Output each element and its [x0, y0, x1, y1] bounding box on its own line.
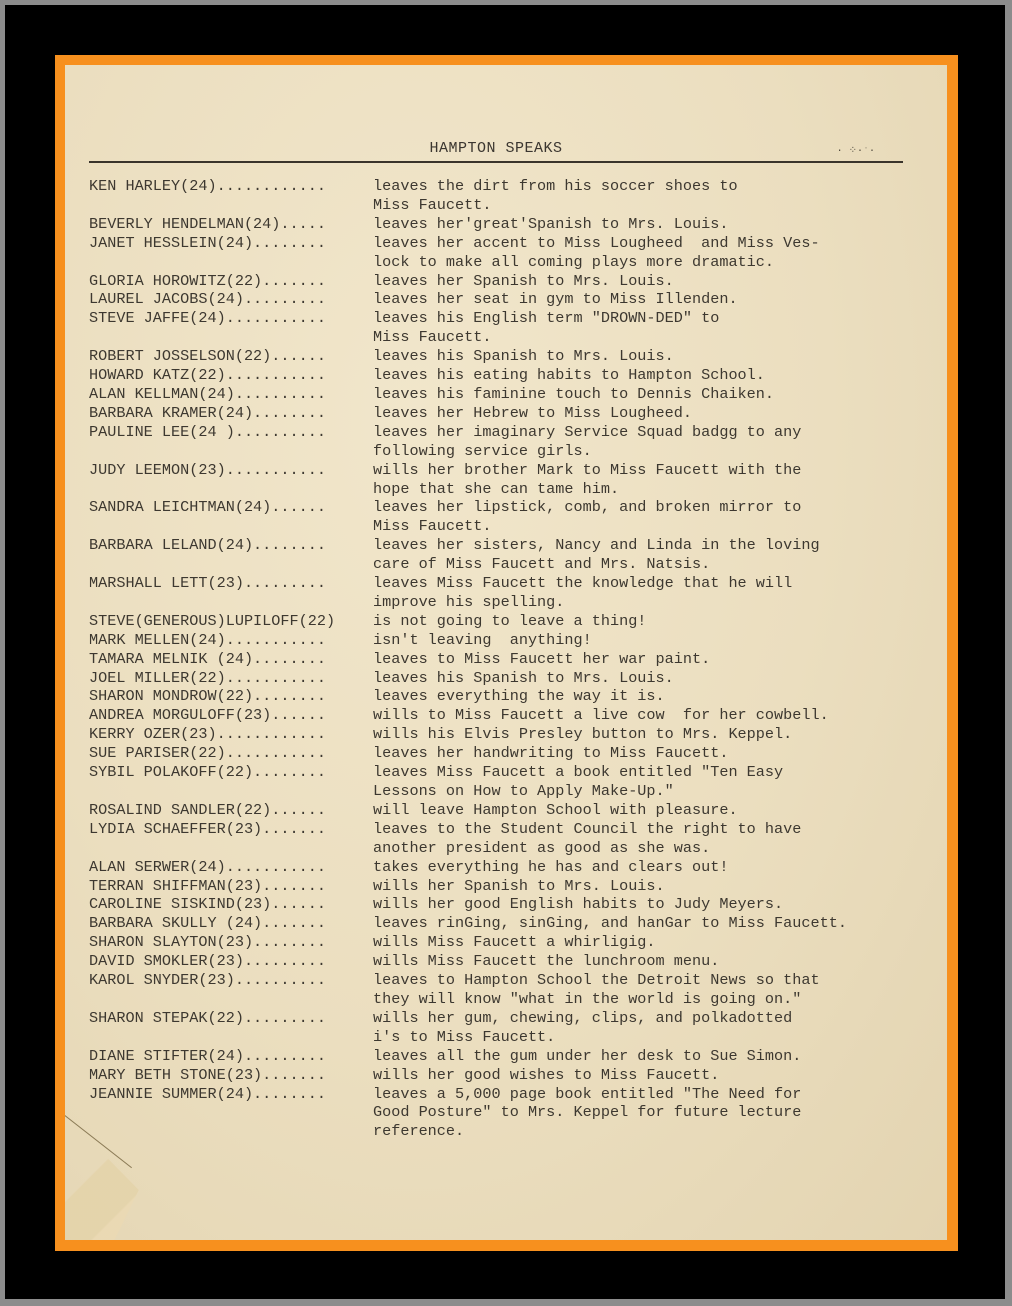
student-name: MARSHALL LETT(23).........: [89, 574, 373, 612]
student-name: DAVID SMOKLER(23).........: [89, 952, 373, 971]
list-item: JANET HESSLEIN(24)........ leaves her ac…: [89, 234, 939, 272]
list-item: DIANE STIFTER(24)......... leaves all th…: [89, 1047, 939, 1066]
list-item: KERRY OZER(23)............ wills his Elv…: [89, 725, 939, 744]
student-name: JANET HESSLEIN(24)........: [89, 234, 373, 272]
list-item: KAROL SNYDER(23).......... leaves to Ham…: [89, 971, 939, 1009]
list-item: PAULINE LEE(24 ).......... leaves her im…: [89, 423, 939, 461]
list-item: TAMARA MELNIK (24)........ leaves to Mis…: [89, 650, 939, 669]
bequest-text: leaves her'great'Spanish to Mrs. Louis.: [373, 215, 939, 234]
document-page: HAMPTON SPEAKS · ⁘·ˑ· KEN HARLEY(24)....…: [65, 65, 947, 1240]
list-item: JEANNIE SUMMER(24)........ leaves a 5,00…: [89, 1085, 939, 1142]
will-entries-list: KEN HARLEY(24)............ leaves the di…: [89, 177, 939, 1141]
bequest-text: leaves her seat in gym to Miss Illenden.: [373, 290, 939, 309]
list-item: HOWARD KATZ(22)........... leaves his ea…: [89, 366, 939, 385]
bequest-text: leaves to Hampton School the Detroit New…: [373, 971, 939, 1009]
student-name: BARBARA SKULLY (24).......: [89, 914, 373, 933]
list-item: SHARON STEPAK(22)......... wills her gum…: [89, 1009, 939, 1047]
list-item: ROSALIND SANDLER(22)...... will leave Ha…: [89, 801, 939, 820]
student-name: ALAN KELLMAN(24)..........: [89, 385, 373, 404]
bequest-text: wills Miss Faucett a whirligig.: [373, 933, 939, 952]
bequest-text: leaves his eating habits to Hampton Scho…: [373, 366, 939, 385]
student-name: SHARON STEPAK(22).........: [89, 1009, 373, 1047]
student-name: KEN HARLEY(24)............: [89, 177, 373, 215]
student-name: TAMARA MELNIK (24)........: [89, 650, 373, 669]
student-name: STEVE(GENEROUS)LUPILOFF(22): [89, 612, 373, 631]
bequest-text: wills her brother Mark to Miss Faucett w…: [373, 461, 939, 499]
list-item: SANDRA LEICHTMAN(24)...... leaves her li…: [89, 498, 939, 536]
list-item: JOEL MILLER(22)........... leaves his Sp…: [89, 669, 939, 688]
student-name: HOWARD KATZ(22)...........: [89, 366, 373, 385]
bequest-text: will leave Hampton School with pleasure.: [373, 801, 939, 820]
bequest-text: leaves her imaginary Service Squad badgg…: [373, 423, 939, 461]
list-item: ALAN KELLMAN(24).......... leaves his fa…: [89, 385, 939, 404]
bequest-text: is not going to leave a thing!: [373, 612, 939, 631]
list-item: MARY BETH STONE(23)....... wills her goo…: [89, 1066, 939, 1085]
ink-smudge: · ⁘·ˑ·: [837, 145, 875, 157]
list-item: JUDY LEEMON(23)........... wills her bro…: [89, 461, 939, 499]
list-item: STEVE JAFFE(24)........... leaves his En…: [89, 309, 939, 347]
list-item: STEVE(GENEROUS)LUPILOFF(22) is not going…: [89, 612, 939, 631]
bequest-text: leaves her accent to Miss Lougheed and M…: [373, 234, 939, 272]
student-name: ROSALIND SANDLER(22)......: [89, 801, 373, 820]
student-name: JOEL MILLER(22)...........: [89, 669, 373, 688]
student-name: TERRAN SHIFFMAN(23).......: [89, 877, 373, 896]
list-item: SYBIL POLAKOFF(22)........ leaves Miss F…: [89, 763, 939, 801]
bequest-text: leaves her lipstick, comb, and broken mi…: [373, 498, 939, 536]
student-name: DIANE STIFTER(24).........: [89, 1047, 373, 1066]
list-item: GLORIA HOROWITZ(22)....... leaves her Sp…: [89, 272, 939, 291]
bequest-text: leaves to Miss Faucett her war paint.: [373, 650, 939, 669]
bequest-text: leaves the dirt from his soccer shoes to…: [373, 177, 939, 215]
list-item: ANDREA MORGULOFF(23)...... wills to Miss…: [89, 706, 939, 725]
list-item: TERRAN SHIFFMAN(23)....... wills her Spa…: [89, 877, 939, 896]
bequest-text: leaves her sisters, Nancy and Linda in t…: [373, 536, 939, 574]
student-name: SANDRA LEICHTMAN(24)......: [89, 498, 373, 536]
bequest-text: wills his Elvis Presley button to Mrs. K…: [373, 725, 939, 744]
list-item: BARBARA KRAMER(24)........ leaves her He…: [89, 404, 939, 423]
list-item: MARSHALL LETT(23)......... leaves Miss F…: [89, 574, 939, 612]
list-item: BARBARA LELAND(24)........ leaves her si…: [89, 536, 939, 574]
list-item: SHARON SLAYTON(23)........ wills Miss Fa…: [89, 933, 939, 952]
student-name: SHARON SLAYTON(23)........: [89, 933, 373, 952]
list-item: KEN HARLEY(24)............ leaves the di…: [89, 177, 939, 215]
bequest-text: leaves her Hebrew to Miss Lougheed.: [373, 404, 939, 423]
student-name: MARK MELLEN(24)...........: [89, 631, 373, 650]
bequest-text: wills her Spanish to Mrs. Louis.: [373, 877, 939, 896]
list-item: DAVID SMOKLER(23)......... wills Miss Fa…: [89, 952, 939, 971]
student-name: BARBARA LELAND(24)........: [89, 536, 373, 574]
student-name: GLORIA HOROWITZ(22).......: [89, 272, 373, 291]
bequest-text: wills her gum, chewing, clips, and polka…: [373, 1009, 939, 1047]
bequest-text: wills her good English habits to Judy Me…: [373, 895, 939, 914]
list-item: LAUREL JACOBS(24)......... leaves her se…: [89, 290, 939, 309]
page-title: HAMPTON SPEAKS: [89, 140, 903, 157]
bequest-text: leaves his faminine touch to Dennis Chai…: [373, 385, 939, 404]
bequest-text: leaves all the gum under her desk to Sue…: [373, 1047, 939, 1066]
list-item: MARK MELLEN(24)........... isn't leaving…: [89, 631, 939, 650]
student-name: SUE PARISER(22)...........: [89, 744, 373, 763]
student-name: ROBERT JOSSELSON(22)......: [89, 347, 373, 366]
student-name: SYBIL POLAKOFF(22)........: [89, 763, 373, 801]
bequest-text: leaves Miss Faucett a book entitled "Ten…: [373, 763, 939, 801]
list-item: BEVERLY HENDELMAN(24)..... leaves her'gr…: [89, 215, 939, 234]
page-header: HAMPTON SPEAKS · ⁘·ˑ·: [89, 139, 903, 163]
student-name: JUDY LEEMON(23)...........: [89, 461, 373, 499]
student-name: LAUREL JACOBS(24).........: [89, 290, 373, 309]
list-item: ROBERT JOSSELSON(22)...... leaves his Sp…: [89, 347, 939, 366]
student-name: MARY BETH STONE(23).......: [89, 1066, 373, 1085]
bequest-text: leaves rinGing, sinGing, and hanGar to M…: [373, 914, 939, 933]
list-item: BARBARA SKULLY (24)....... leaves rinGin…: [89, 914, 939, 933]
bequest-text: isn't leaving anything!: [373, 631, 939, 650]
student-name: JEANNIE SUMMER(24)........: [89, 1085, 373, 1142]
bequest-text: leaves her Spanish to Mrs. Louis.: [373, 272, 939, 291]
bequest-text: leaves Miss Faucett the knowledge that h…: [373, 574, 939, 612]
bequest-text: leaves his Spanish to Mrs. Louis.: [373, 347, 939, 366]
bequest-text: wills to Miss Faucett a live cow for her…: [373, 706, 939, 725]
bequest-text: leaves her handwriting to Miss Faucett.: [373, 744, 939, 763]
list-item: CAROLINE SISKIND(23)...... wills her goo…: [89, 895, 939, 914]
student-name: LYDIA SCHAEFFER(23).......: [89, 820, 373, 858]
bequest-text: leaves his Spanish to Mrs. Louis.: [373, 669, 939, 688]
bequest-text: leaves his English term "DROWN-DED" to M…: [373, 309, 939, 347]
list-item: ALAN SERWER(24)........... takes everyth…: [89, 858, 939, 877]
student-name: PAULINE LEE(24 )..........: [89, 423, 373, 461]
bequest-text: wills her good wishes to Miss Faucett.: [373, 1066, 939, 1085]
student-name: ANDREA MORGULOFF(23)......: [89, 706, 373, 725]
bequest-text: wills Miss Faucett the lunchroom menu.: [373, 952, 939, 971]
student-name: KERRY OZER(23)............: [89, 725, 373, 744]
list-item: LYDIA SCHAEFFER(23)....... leaves to the…: [89, 820, 939, 858]
bequest-text: leaves everything the way it is.: [373, 687, 939, 706]
list-item: SUE PARISER(22)........... leaves her ha…: [89, 744, 939, 763]
bequest-text: leaves to the Student Council the right …: [373, 820, 939, 858]
list-item: SHARON MONDROW(22)........ leaves everyt…: [89, 687, 939, 706]
bequest-text: takes everything he has and clears out!: [373, 858, 939, 877]
student-name: STEVE JAFFE(24)...........: [89, 309, 373, 347]
student-name: CAROLINE SISKIND(23)......: [89, 895, 373, 914]
student-name: KAROL SNYDER(23)..........: [89, 971, 373, 1009]
bequest-text: leaves a 5,000 page book entitled "The N…: [373, 1085, 939, 1142]
student-name: ALAN SERWER(24)...........: [89, 858, 373, 877]
student-name: SHARON MONDROW(22)........: [89, 687, 373, 706]
student-name: BARBARA KRAMER(24)........: [89, 404, 373, 423]
student-name: BEVERLY HENDELMAN(24).....: [89, 215, 373, 234]
